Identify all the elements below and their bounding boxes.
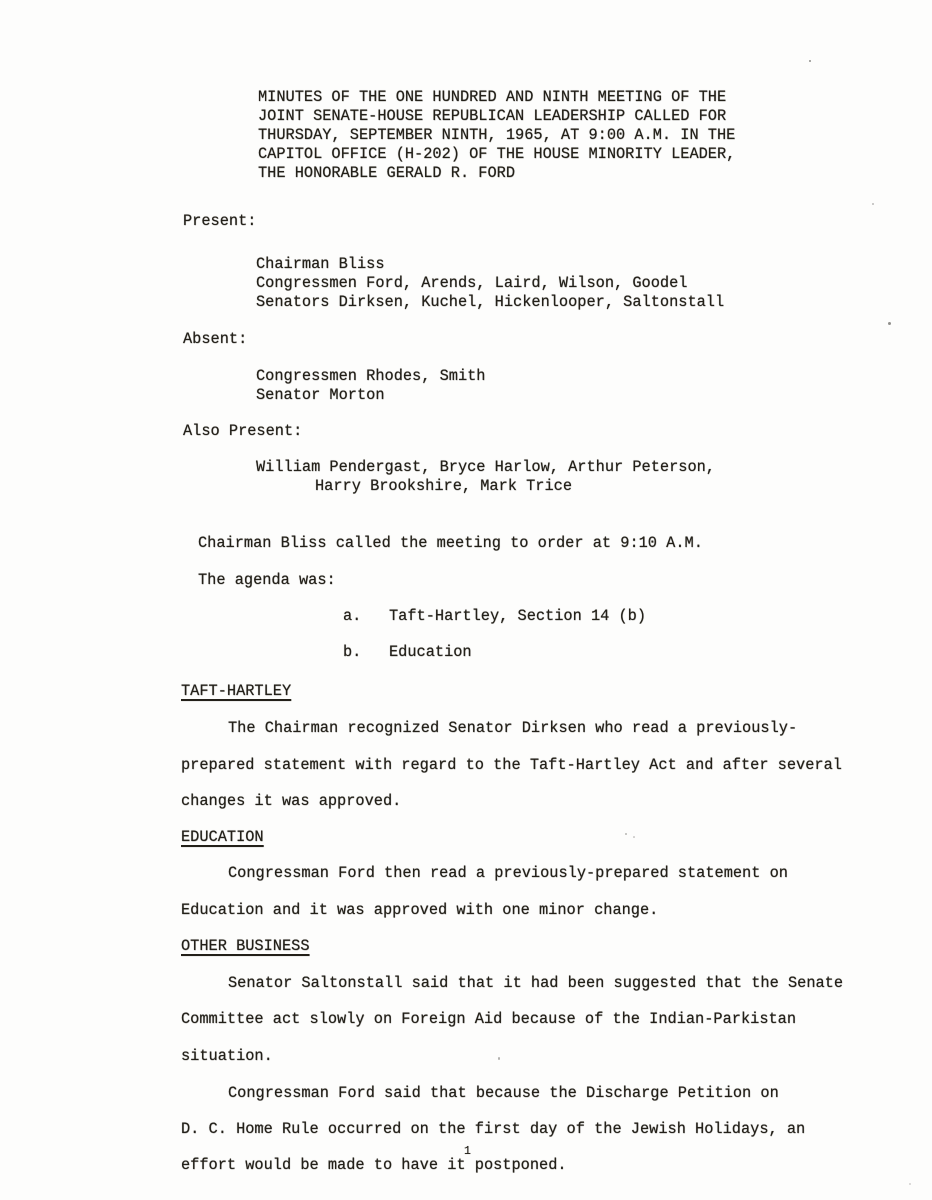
call-to-order-line: Chairman Bliss called the meeting to ord… bbox=[198, 534, 703, 553]
body-line-text: effort would be made to have it bbox=[181, 1156, 466, 1174]
scan-speck bbox=[633, 836, 635, 838]
scan-speck bbox=[909, 1183, 911, 1185]
page-number: 1 bbox=[464, 1142, 471, 1161]
section-heading-other-business: OTHER BUSINESS bbox=[181, 937, 310, 956]
attendee-line: Senator Morton bbox=[256, 386, 486, 405]
present-list: Chairman Bliss Congressmen Ford, Arends,… bbox=[256, 255, 724, 312]
body-line: situation. bbox=[181, 1047, 273, 1066]
title-line: THE HONORABLE GERALD R. FORD bbox=[258, 164, 735, 183]
agenda-item-a: Taft-Hartley, Section 14 (b) bbox=[389, 607, 646, 626]
body-line-text: postponed. bbox=[475, 1156, 567, 1174]
body-line: Senator Saltonstall said that it had bee… bbox=[228, 974, 843, 993]
title-line: MINUTES OF THE ONE HUNDRED AND NINTH MEE… bbox=[258, 88, 735, 107]
attendee-line: Harry Brookshire, Mark Trice bbox=[315, 477, 572, 496]
scan-speck bbox=[888, 322, 891, 325]
agenda-marker-b: b. bbox=[343, 643, 361, 662]
body-line: effort would be made to have it postpone… bbox=[181, 1156, 567, 1175]
body-line: The Chairman recognized Senator Dirksen … bbox=[228, 719, 797, 738]
scan-speck bbox=[809, 60, 811, 62]
body-line: prepared statement with regard to the Ta… bbox=[181, 756, 842, 775]
document-page: MINUTES OF THE ONE HUNDRED AND NINTH MEE… bbox=[0, 0, 932, 1200]
absent-list: Congressmen Rhodes, Smith Senator Morton bbox=[256, 367, 486, 405]
body-line: changes it was approved. bbox=[181, 792, 401, 811]
body-line: D. C. Home Rule occurred on the first da… bbox=[181, 1120, 805, 1139]
body-line: Education and it was approved with one m… bbox=[181, 901, 658, 920]
title-line: THURSDAY, SEPTEMBER NINTH, 1965, AT 9:00… bbox=[258, 126, 735, 145]
scan-speck bbox=[625, 833, 627, 835]
section-heading-education: EDUCATION bbox=[181, 828, 264, 847]
title-block: MINUTES OF THE ONE HUNDRED AND NINTH MEE… bbox=[258, 88, 735, 183]
title-line: CAPITOL OFFICE (H-202) OF THE HOUSE MINO… bbox=[258, 145, 735, 164]
title-line: JOINT SENATE-HOUSE REPUBLICAN LEADERSHIP… bbox=[258, 107, 735, 126]
body-line: Congressman Ford said that because the D… bbox=[228, 1084, 779, 1103]
agenda-marker-a: a. bbox=[343, 607, 361, 626]
scan-speck bbox=[498, 1057, 500, 1060]
agenda-lead-line: The agenda was: bbox=[198, 571, 336, 590]
body-line: Congressman Ford then read a previously-… bbox=[228, 864, 788, 883]
also-present-label: Also Present: bbox=[183, 422, 302, 441]
agenda-item-b: Education bbox=[389, 643, 472, 662]
section-heading-taft-hartley: TAFT-HARTLEY bbox=[181, 682, 291, 701]
present-label: Present: bbox=[183, 212, 256, 231]
attendee-line: Senators Dirksen, Kuchel, Hickenlooper, … bbox=[256, 293, 724, 312]
scan-speck bbox=[872, 203, 874, 205]
attendee-line: Congressmen Rhodes, Smith bbox=[256, 367, 486, 386]
body-line: Committee act slowly on Foreign Aid beca… bbox=[181, 1010, 796, 1029]
attendee-line: Congressmen Ford, Arends, Laird, Wilson,… bbox=[256, 274, 724, 293]
absent-label: Absent: bbox=[183, 330, 247, 349]
attendee-line: William Pendergast, Bryce Harlow, Arthur… bbox=[256, 458, 715, 477]
attendee-line: Chairman Bliss bbox=[256, 255, 724, 274]
